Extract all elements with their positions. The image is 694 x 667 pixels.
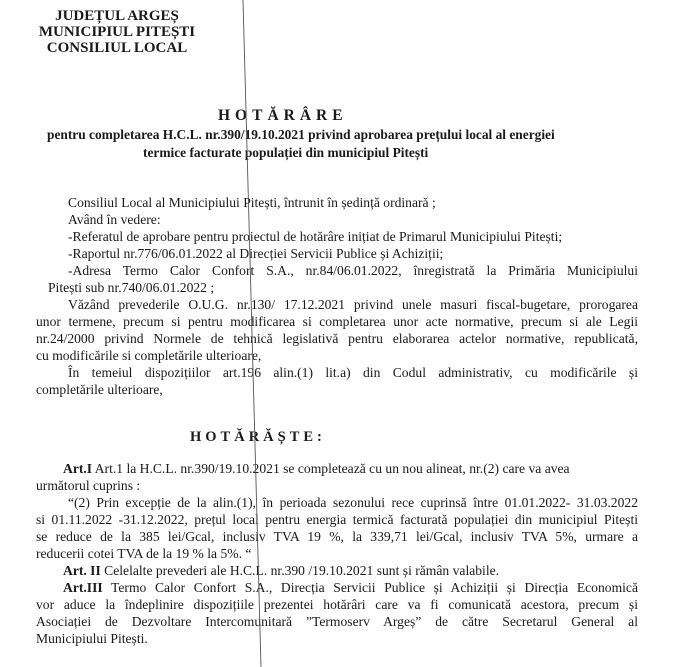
preamble-council: Consiliul Local al Municipiului Pitești,… bbox=[68, 194, 436, 211]
article-1-quote-1: “(2) Prin excepție de la alin.(1), în pe… bbox=[68, 494, 638, 511]
article-1-label: Art.I bbox=[63, 461, 92, 476]
article-3-text-3: Asociației de Dezvoltare Intercomunitară… bbox=[36, 613, 638, 630]
preamble-ref-adresa-cont: Pitești sub nr.740/06.01.2022 ; bbox=[48, 279, 214, 296]
article-1: Art.I Art.1 la H.C.L. nr.390/19.10.2021 … bbox=[63, 460, 570, 477]
article-1-quote-4: reducerii cotei TVA de la 19 % la 5%. “ bbox=[36, 545, 251, 562]
article-1-quote-2: si 01.11.2022 -31.12.2022, prețul local … bbox=[36, 511, 638, 528]
article-3-label: Art.III bbox=[63, 580, 103, 595]
preamble-seeing-4: cu modificările si completările ulterioa… bbox=[36, 347, 261, 364]
document-subtitle-line2: termice facturate populației din municip… bbox=[143, 145, 428, 161]
article-2-text: Celelalte prevederi ale H.C.L. nr.390 /1… bbox=[101, 563, 499, 578]
article-3-text-2: vor aduce la îndeplinire dispozițiile pr… bbox=[36, 596, 638, 613]
preamble-seeing-3: nr.24/2000 privind Normele de tehnică le… bbox=[36, 330, 638, 347]
document-title: HOTĂRÂRE bbox=[218, 107, 348, 125]
article-1-text: Art.1 la H.C.L. nr.390/19.10.2021 se com… bbox=[92, 461, 570, 476]
decides-heading: HOTĂRĂȘTE: bbox=[190, 429, 326, 446]
header-county: JUDEȚUL ARGEȘ bbox=[17, 8, 217, 24]
preamble-having: Având în vedere: bbox=[68, 211, 161, 228]
article-2-label: Art. II bbox=[63, 563, 101, 578]
article-1-quote-3: se reduce de la 385 lei/Gcal, inclusiv T… bbox=[36, 528, 638, 545]
article-3: Art.III Termo Calor Confort S.A., Direcț… bbox=[63, 579, 638, 596]
preamble-ref-adresa: -Adresa Termo Calor Confort S.A., nr.84/… bbox=[68, 262, 638, 279]
preamble-ref-raport: -Raportul nr.776/06.01.2022 al Direcției… bbox=[68, 245, 443, 262]
article-3-text: Termo Calor Confort S.A., Direcția Servi… bbox=[103, 580, 638, 595]
preamble-ref-referat: -Referatul de aprobare pentru proiectul … bbox=[68, 228, 562, 245]
article-2: Art. II Celelalte prevederi ale H.C.L. n… bbox=[63, 562, 499, 579]
preamble-seeing-1: Văzând prevederile O.U.G. nr.130/ 17.12.… bbox=[68, 296, 638, 313]
article-3-text-4: Municipiului Pitești. bbox=[36, 630, 148, 647]
article-1-text-cont: următorul cuprins : bbox=[36, 477, 140, 494]
preamble-basis-1: În temeiul dispozițiilor art.196 alin.(1… bbox=[68, 364, 638, 381]
header-council: CONSILIUL LOCAL bbox=[17, 40, 217, 56]
header-municipality: MUNICIPIUL PITEȘTI bbox=[17, 24, 217, 40]
preamble-seeing-2: unor termene, precum si pentru modificar… bbox=[36, 313, 638, 330]
document-subtitle-line1: pentru completarea H.C.L. nr.390/19.10.2… bbox=[47, 127, 555, 143]
preamble-basis-2: completările ulterioare, bbox=[36, 381, 163, 398]
document-header: JUDEȚUL ARGEȘ MUNICIPIUL PITEȘTI CONSILI… bbox=[17, 8, 217, 56]
